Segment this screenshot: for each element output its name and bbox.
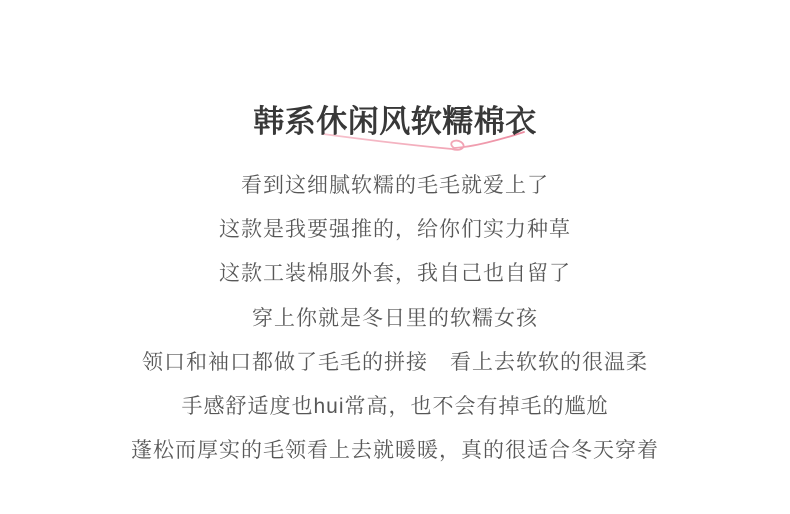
description-line: 看到这细腻软糯的毛毛就爱上了 [0, 164, 790, 208]
description-line: 领口和袖口都做了毛毛的拼接 看上去软软的很温柔 [0, 341, 790, 385]
page-title: 韩系休闲风软糯棉衣 [0, 0, 790, 143]
description-line: 这款是我要强推的，给你们实力种草 [0, 208, 790, 252]
description-line: 蓬松而厚实的毛领看上去就暖暖，真的很适合冬天穿着 [0, 429, 790, 473]
product-description-page: 韩系休闲风软糯棉衣 看到这细腻软糯的毛毛就爱上了 这款是我要强推的，给你们实力种… [0, 0, 790, 514]
description-line: 穿上你就是冬日里的软糯女孩 [0, 297, 790, 341]
description-line: 手感舒适度也hui常高，也不会有掉毛的尴尬 [0, 385, 790, 429]
description-text-block: 看到这细腻软糯的毛毛就爱上了 这款是我要强推的，给你们实力种草 这款工装棉服外套… [0, 164, 790, 473]
description-line: 这款工装棉服外套，我自己也自留了 [0, 252, 790, 296]
